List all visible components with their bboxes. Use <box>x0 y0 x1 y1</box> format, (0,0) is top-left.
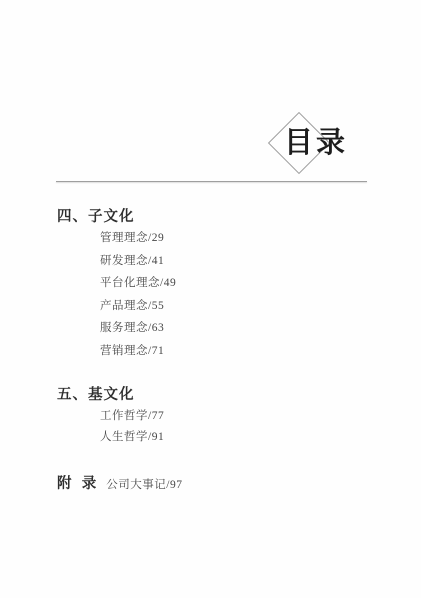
toc-list-subculture: 管理理念/29 研发理念/41 平台化理念/49 产品理念/55 服务理念/63… <box>100 227 176 363</box>
page-title: 目录 <box>284 126 348 160</box>
toc-entry: 人生哲学/91 <box>100 427 164 448</box>
toc-entry: 工作哲学/77 <box>100 406 164 427</box>
toc-list-baseculture: 工作哲学/77 人生哲学/91 <box>100 406 164 448</box>
toc-entry: 平台化理念/49 <box>100 272 176 295</box>
toc-entry: 管理理念/29 <box>100 227 176 250</box>
toc-entry: 产品理念/55 <box>100 295 176 318</box>
toc-page: 目录 四、子文化 管理理念/29 研发理念/41 平台化理念/49 产品理念/5… <box>0 0 421 598</box>
toc-entry: 服务理念/63 <box>100 317 176 340</box>
toc-entry: 营销理念/71 <box>100 340 176 363</box>
section-heading-subculture: 四、子文化 <box>57 209 135 225</box>
toc-entry: 研发理念/41 <box>100 250 176 273</box>
appendix-entry: 公司大事记/97 <box>106 476 182 492</box>
appendix-label: 附 录 <box>57 472 97 493</box>
section-heading-baseculture: 五、基文化 <box>57 387 135 403</box>
divider-line <box>56 181 367 182</box>
appendix-row: 附 录 公司大事记/97 <box>57 472 182 493</box>
